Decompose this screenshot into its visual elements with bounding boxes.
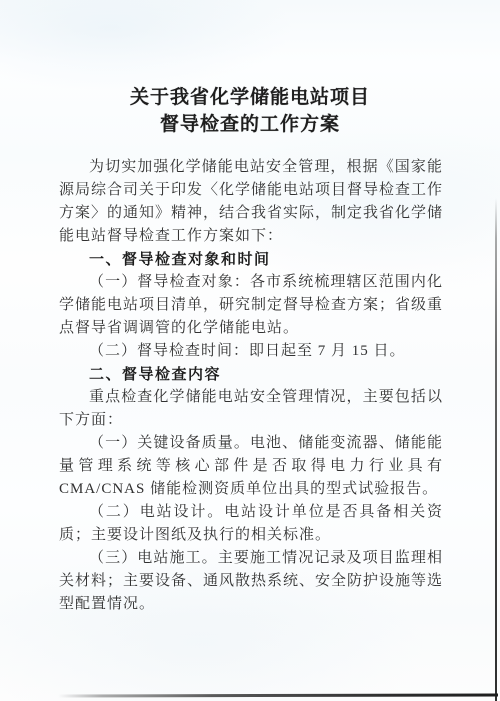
document-title-line-2: 督导检查的工作方案 <box>0 111 500 138</box>
paragraph-inspection-targets: （一）督导检查对象：各市系统梳理辖区范围内化学储能电站项目清单，研究制定督导检查… <box>59 271 443 340</box>
scan-edge-right-line <box>495 198 497 701</box>
document-title-line-1: 关于我省化学储能电站项目 <box>0 84 500 111</box>
document-body: 为切实加强化学储能电站安全管理，根据《国家能源局综合司关于印发〈化学储能电站项目… <box>59 156 443 616</box>
paragraph-intro: 为切实加强化学储能电站安全管理，根据《国家能源局综合司关于印发〈化学储能电站项目… <box>59 156 443 248</box>
paragraph-station-design: （二）电站设计。电站设计单位是否具备相关资质；主要设计图纸及执行的相关标准。 <box>59 501 443 547</box>
document-title: 关于我省化学储能电站项目 督导检查的工作方案 <box>0 84 500 138</box>
paragraph-station-construction: （三）电站施工。主要施工情况记录及项目监理相关材料；主要设备、通风散热系统、安全… <box>59 547 443 616</box>
paragraph-inspection-time: （二）督导检查时间：即日起至 7 月 15 日。 <box>59 340 443 363</box>
paragraph-key-equipment: （一）关键设备质量。电池、储能变流器、储能能量管理系统等核心部件是否取得电力行业… <box>59 432 443 501</box>
section-heading-1: 一、督导检查对象和时间 <box>59 248 443 271</box>
paragraph-content-overview: 重点检查化学储能电站安全管理情况，主要包括以下方面： <box>59 386 443 432</box>
section-heading-2: 二、督导检查内容 <box>59 363 443 386</box>
scan-edge-bottom-line <box>58 694 498 698</box>
scanned-document-page: 关于我省化学储能电站项目 督导检查的工作方案 为切实加强化学储能电站安全管理，根… <box>0 0 500 701</box>
